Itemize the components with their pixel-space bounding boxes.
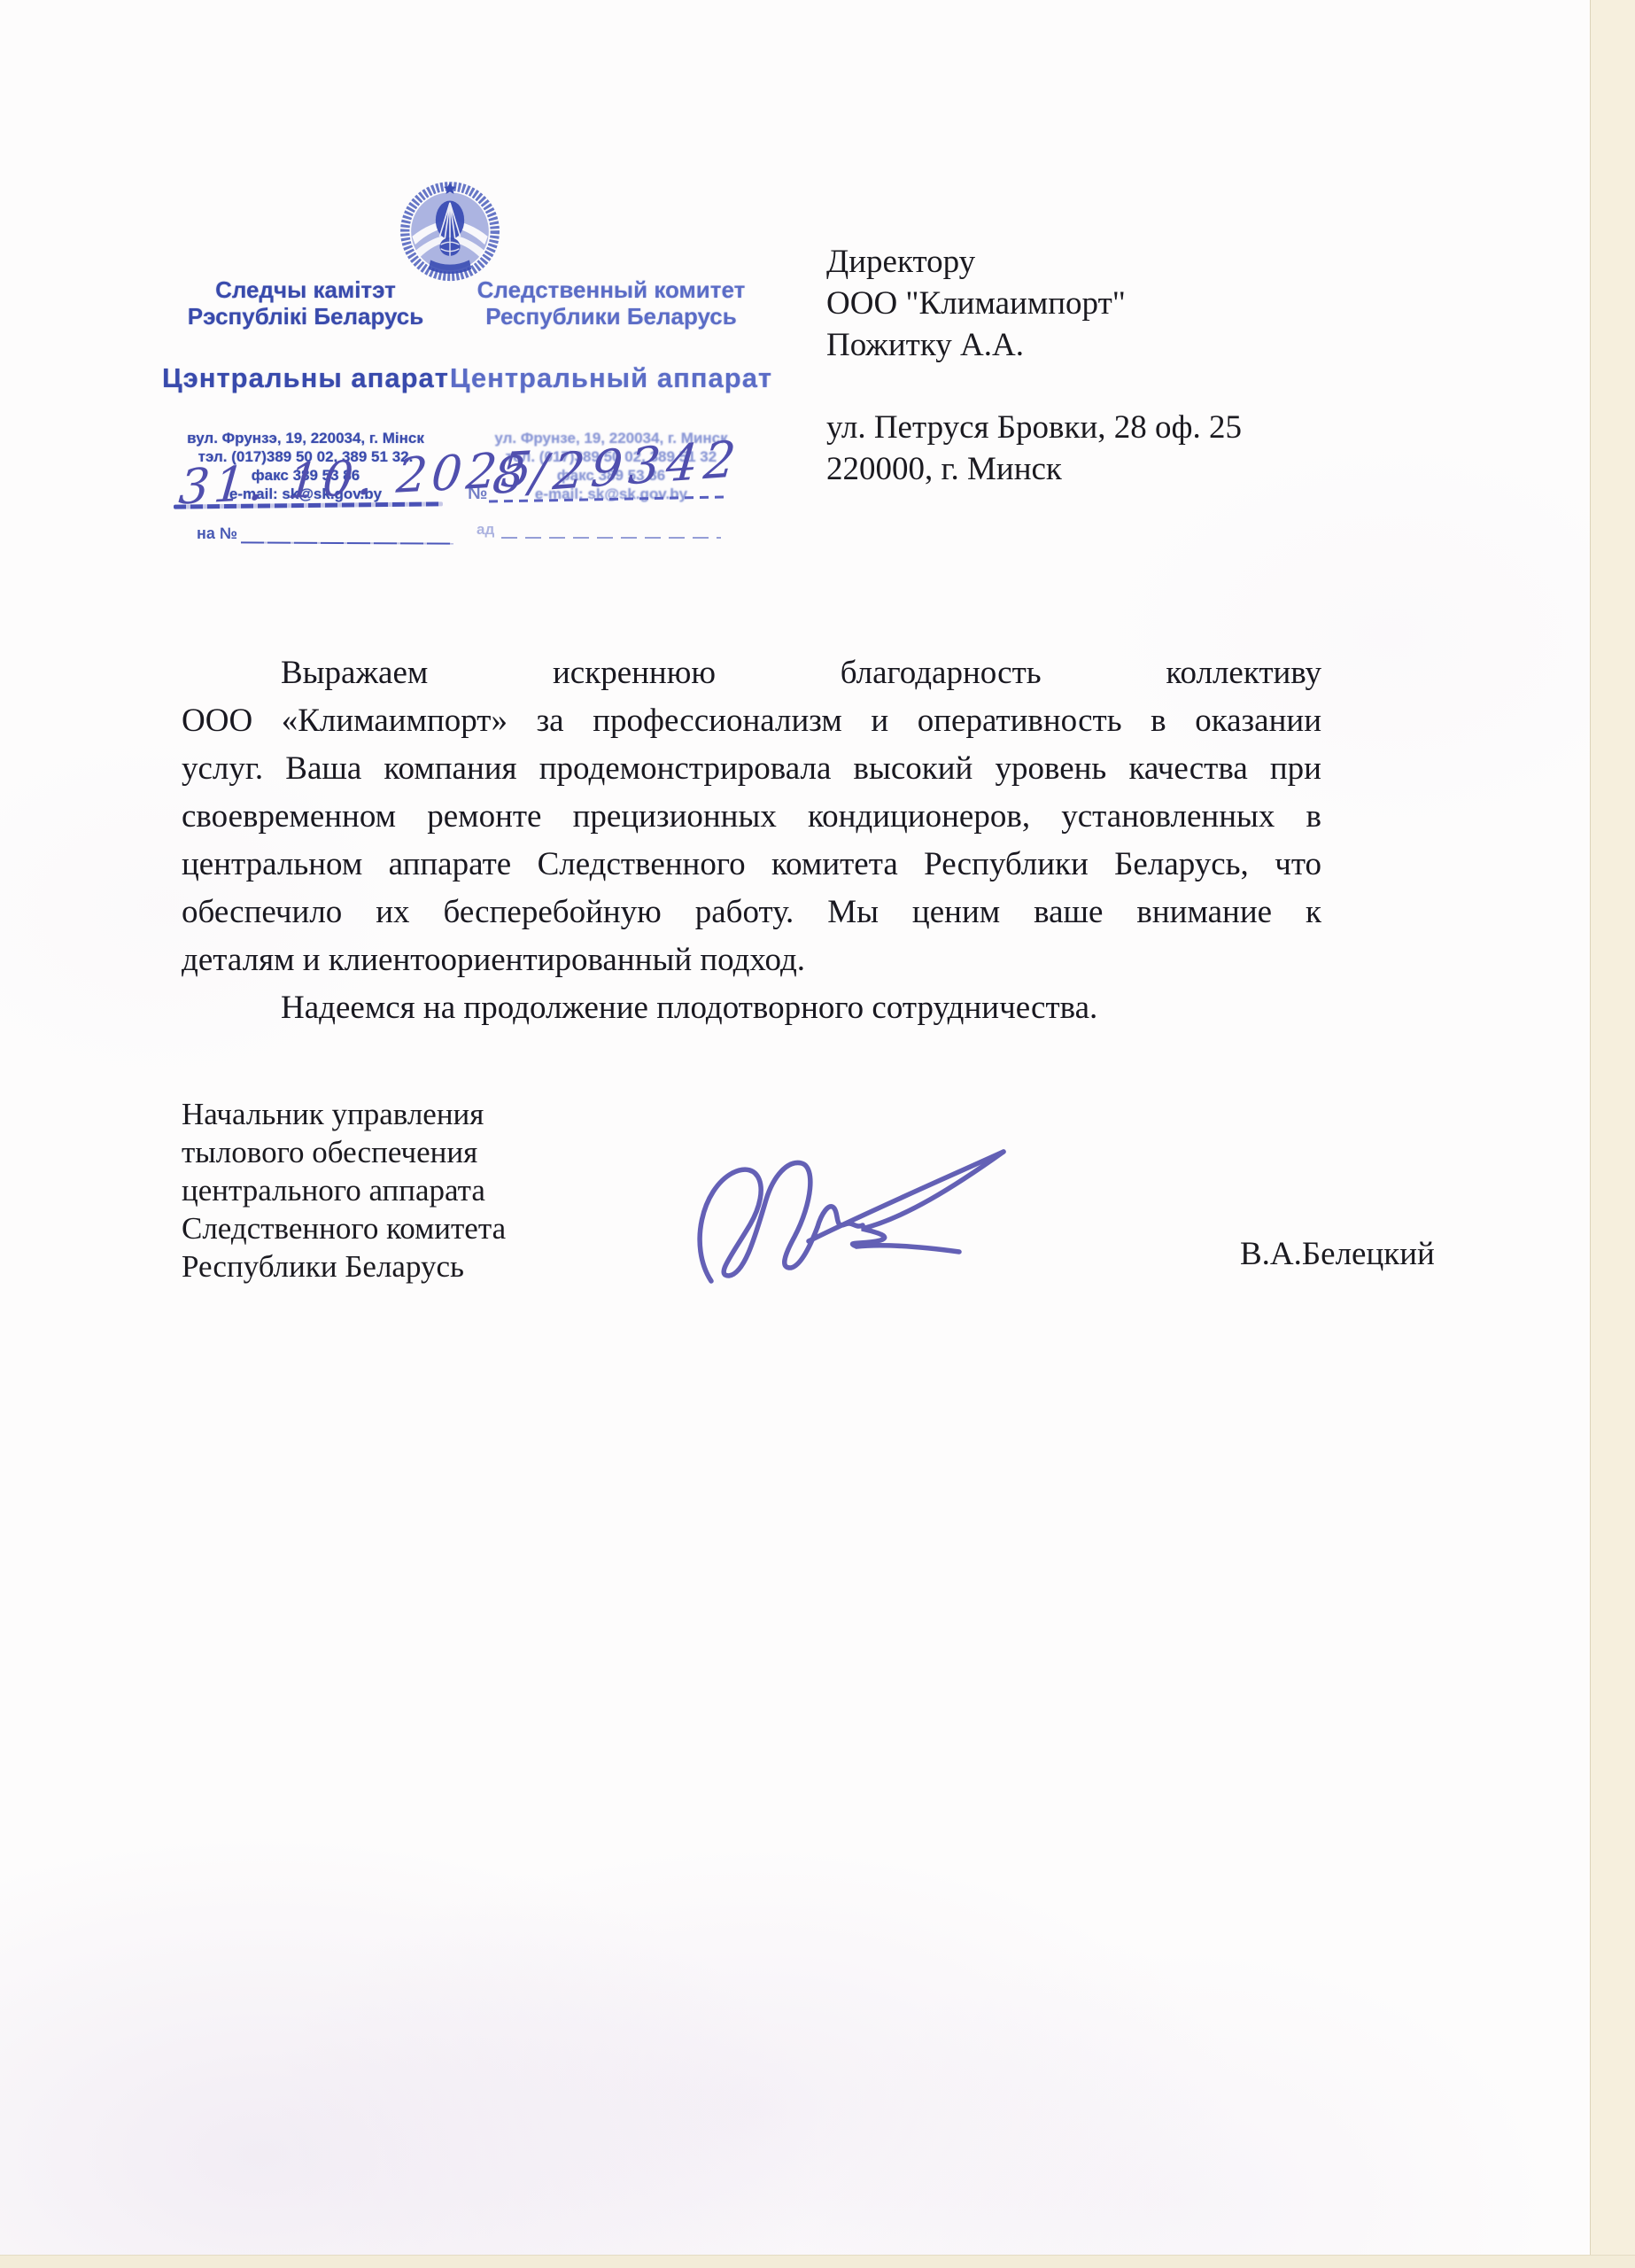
body-line: центральном аппарате Следственного комит… (182, 841, 1321, 889)
scan-edge-bottom (0, 2255, 1635, 2268)
reply-to-number-line (241, 541, 453, 544)
handwritten-signature (686, 1136, 1027, 1297)
signer-title-line: Следственного комитета (182, 1209, 678, 1247)
number-sign-label: № (468, 484, 487, 504)
recipient-person: Пожитку А.А. (826, 324, 1375, 366)
belarus-coat-of-arms-icon (399, 177, 501, 283)
letter-body: Выражаем искреннюю благодарность коллект… (182, 649, 1321, 1032)
scan-edge-right (1590, 0, 1635, 2268)
recipient-street: ул. Петруся Бровки, 28 оф. 25 (826, 407, 1375, 448)
body-line: своевременном ремонте прецизионных конди… (182, 793, 1321, 841)
recipient-block: Директору ООО "Климаимпорт" Пожитку А.А.… (826, 241, 1375, 490)
reply-to-number-label: на № (197, 524, 237, 543)
body-line: Выражаем искреннюю благодарность коллект… (182, 649, 1321, 697)
signer-name: В.А.Белецкий (1240, 1235, 1435, 1273)
signer-title-block: Начальник управления тылового обеспечени… (182, 1095, 678, 1285)
scanned-letter-page: Следчы камітэт Рэспублікі Беларусь Цэнтр… (0, 0, 1635, 2268)
signer-title-line: Республики Беларусь (182, 1247, 678, 1285)
division-name-by: Цэнтральны апарат (155, 363, 456, 393)
org-name-ru-line1: Следственный комитет (447, 276, 775, 303)
org-name-by-line2: Рэспублікі Беларусь (155, 303, 456, 330)
org-name-by-line1: Следчы камітэт (155, 276, 456, 303)
division-name-ru: Центральный аппарат (447, 363, 775, 393)
body-line: ООО «Климаимпорт» за профессионализм и о… (182, 697, 1321, 745)
signer-title-line: тылового обеспечения (182, 1133, 678, 1171)
reply-date-label: ад (477, 521, 494, 539)
org-name-ru-line2: Республики Беларусь (447, 303, 775, 330)
body-line: обеспечило их бесперебойную работу. Мы ц… (182, 889, 1321, 936)
recipient-city: 220000, г. Минск (826, 448, 1375, 490)
body-line: деталям и клиентоориентированный подход. (182, 936, 1321, 984)
recipient-gap (826, 366, 1375, 407)
signer-title-line: центрального аппарата (182, 1171, 678, 1209)
signer-title-line: Начальник управления (182, 1095, 678, 1133)
body-line: услуг. Ваша компания продемонстрировала … (182, 745, 1321, 793)
recipient-position: Директору (826, 241, 1375, 283)
address-by-street: вул. Фрунзэ, 19, 220034, г. Мінск (155, 429, 456, 447)
reply-date-line (501, 537, 721, 539)
body-closing-line: Надеемся на продолжение плодотворного со… (182, 984, 1321, 1032)
recipient-company: ООО "Климаимпорт" (826, 283, 1375, 324)
